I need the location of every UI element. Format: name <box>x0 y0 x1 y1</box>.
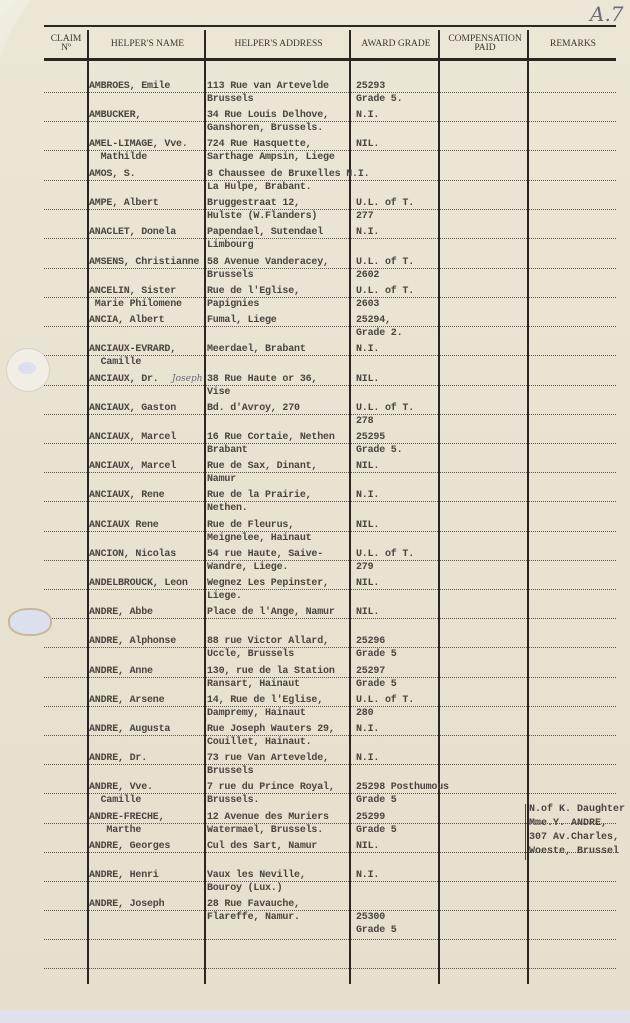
row-rule <box>44 92 87 93</box>
row-rule <box>44 501 87 502</box>
award-grade-cell: 25297 Grade 5 <box>356 665 397 691</box>
row-rule <box>440 414 527 415</box>
row-rule <box>529 297 616 298</box>
helper-address-cell: 58 Avenue Vanderacey, Brussels <box>207 256 329 282</box>
row-rule <box>529 647 616 648</box>
helper-address-cell: Wegnez Les Pepinster, Liege. <box>207 577 329 603</box>
row-rule <box>440 852 527 853</box>
helper-address-cell: Bruggestraat 12, Hulste (W.Flanders) <box>207 197 317 223</box>
row-rule <box>529 706 616 707</box>
helper-address-cell: Vaux les Neville, Bouroy (Lux.) <box>207 869 306 895</box>
row-rule <box>529 326 616 327</box>
award-grade-cell: 25293 Grade 5. <box>356 80 402 106</box>
award-grade-cell: 25295 Grade 5. <box>356 431 402 457</box>
award-grade-cell: N.I. <box>356 226 379 239</box>
row-rule <box>529 501 616 502</box>
award-grade-cell: NIL. <box>356 519 379 532</box>
row-rule <box>529 531 616 532</box>
row-rule <box>529 764 616 765</box>
row-rule <box>44 209 87 210</box>
award-grade-cell: 25299 Grade 5 <box>356 811 397 837</box>
award-grade-cell: N.I. <box>356 489 379 502</box>
row-rule <box>440 121 527 122</box>
helper-name-cell: ANCIAUX, Marcel <box>89 431 176 444</box>
row-rule <box>440 501 527 502</box>
row-rule <box>440 385 527 386</box>
award-grade-cell: 25298 Posthumous Grade 5 <box>356 781 449 807</box>
row-rule <box>440 735 527 736</box>
row-rule <box>44 297 87 298</box>
row-rule <box>440 647 527 648</box>
row-rule <box>351 968 438 969</box>
row-rule <box>44 472 87 473</box>
award-grade-cell: U.L. of T. 2603 <box>356 285 414 311</box>
handwritten-annotation: Joseph <box>172 374 203 384</box>
row-rule <box>440 618 527 619</box>
helper-name-cell: ANCIAUX, Gaston <box>89 402 176 415</box>
row-rule <box>440 910 527 911</box>
award-grade-cell: N.I. <box>356 723 379 736</box>
award-grade-cell: 25296 Grade 5 <box>356 635 397 661</box>
helper-address-cell: Rue Joseph Wauters 29, Couillet, Hainaut… <box>207 723 335 749</box>
row-rule <box>440 180 527 181</box>
row-rule <box>440 764 527 765</box>
helper-name-cell: ANDRE, Vve. Camille <box>89 781 153 807</box>
helper-name-cell: ANCIAUX Rene <box>89 519 159 532</box>
row-rule <box>44 910 87 911</box>
col-header-claim-no: CLAIM Nº <box>44 30 88 58</box>
header-bottom-rule <box>44 58 616 61</box>
row-rule <box>44 326 87 327</box>
row-rule <box>440 297 527 298</box>
award-grade-cell: 25300 Grade 5 <box>356 898 397 937</box>
award-grade-cell: NIL. <box>356 606 379 619</box>
helper-address-cell: 130, rue de la Station Ransart, Hainaut <box>207 665 335 691</box>
helper-address-cell: Rue de la Prairie, Nethen. <box>207 489 311 515</box>
row-rule <box>44 968 87 969</box>
row-rule <box>529 560 616 561</box>
helper-name-cell: AMOS, S. <box>89 168 135 181</box>
award-grade-cell: 25294, Grade 2. <box>356 314 402 340</box>
row-rule <box>44 560 87 561</box>
row-rule <box>440 238 527 239</box>
row-rule <box>440 531 527 532</box>
row-rule <box>440 472 527 473</box>
row-rule <box>440 881 527 882</box>
helper-address-cell: 724 Rue Hasquette, Sarthage Ampsin, Lieg… <box>207 138 335 164</box>
row-rule <box>440 939 527 940</box>
row-rule <box>206 939 349 940</box>
helper-name-cell: ANDRE, Anne <box>89 665 153 678</box>
row-rule <box>440 326 527 327</box>
helper-name-cell: ANCIA, Albert <box>89 314 164 327</box>
helper-address-cell: Meerdael, Brabant <box>207 343 306 356</box>
row-rule <box>44 735 87 736</box>
row-rule <box>44 443 87 444</box>
punch-hole <box>18 362 36 374</box>
row-rule <box>440 968 527 969</box>
helper-address-cell: 7 rue du Prince Royal, Brussels. <box>207 781 335 807</box>
row-rule <box>529 180 616 181</box>
row-rule <box>44 823 87 824</box>
helper-address-cell: 113 Rue van Artevelde Brussels <box>207 80 329 106</box>
helper-address-cell: Place de l'Ange, Namur <box>207 606 335 619</box>
row-rule <box>529 209 616 210</box>
page-mark: A.7 <box>590 2 624 26</box>
helper-name-cell: ANDELBROUCK, Leon <box>89 577 188 590</box>
column-divider <box>438 30 440 984</box>
helper-name-cell: ANDRE, Joseph <box>89 898 164 911</box>
row-rule <box>529 443 616 444</box>
row-rule <box>529 589 616 590</box>
helper-address-cell: Papendael, Sutendael Limbourg <box>207 226 323 252</box>
row-rule <box>529 355 616 356</box>
helper-name-cell: ANDRE, Abbe <box>89 606 153 619</box>
helper-address-cell: Rue de l'Eglise, Papignies <box>207 285 300 311</box>
row-rule <box>44 764 87 765</box>
row-rule <box>529 385 616 386</box>
row-rule <box>440 706 527 707</box>
row-rule <box>351 939 438 940</box>
row-rule <box>529 150 616 151</box>
row-rule <box>44 414 87 415</box>
col-header-helper-address: HELPER'S ADDRESS <box>207 30 350 58</box>
helper-address-cell: 54 rue Haute, Saive- Wandre, Liege. <box>207 548 323 574</box>
row-rule <box>44 793 87 794</box>
award-grade-cell: U.L. of T. 278 <box>356 402 414 428</box>
row-rule <box>89 968 204 969</box>
award-grade-cell: NIL. <box>356 460 379 473</box>
col-header-award-grade: AWARD GRADE <box>352 30 440 58</box>
helper-address-cell: 8 Chaussee de Bruxelles N.I. La Hulpe, B… <box>207 168 369 194</box>
award-grade-cell: NIL. <box>356 138 379 151</box>
award-grade-cell: N.I. <box>356 343 379 356</box>
row-rule <box>440 589 527 590</box>
row-rule <box>440 823 527 824</box>
helper-name-cell: AMPE, Albert <box>89 197 159 210</box>
row-rule <box>529 92 616 93</box>
col-header-compensation-paid: COMPENSATION PAID <box>442 30 528 58</box>
helper-address-cell: Fumal, Liege <box>207 314 277 327</box>
row-rule <box>529 472 616 473</box>
award-grade-cell: U.L. of T. 280 <box>356 694 414 720</box>
row-rule <box>529 414 616 415</box>
row-rule <box>89 939 204 940</box>
row-rule <box>440 150 527 151</box>
row-rule <box>44 589 87 590</box>
row-rule <box>529 910 616 911</box>
helper-address-cell: 12 Avenue des Muriers Watermael, Brussel… <box>207 811 329 837</box>
row-rule <box>44 706 87 707</box>
helper-name-cell: AMSENS, Christianne <box>89 256 199 269</box>
row-rule <box>44 238 87 239</box>
row-rule <box>440 355 527 356</box>
helper-name-cell: ANCIAUX-EVRARD, Camille <box>89 343 176 369</box>
helper-address-cell: Rue de Fleurus, Meignelee, Hainaut <box>207 519 311 545</box>
award-grade-cell: U.L. of T. 2602 <box>356 256 414 282</box>
row-rule <box>529 881 616 882</box>
row-rule <box>529 268 616 269</box>
helper-address-cell: Bd. d'Avroy, 270 <box>207 402 300 415</box>
row-rule <box>206 968 349 969</box>
row-rule <box>44 852 87 853</box>
helper-name-cell: ANDRE, Augusta <box>89 723 170 736</box>
row-rule <box>440 793 527 794</box>
award-grade-cell: N.I. <box>356 752 379 765</box>
row-rule <box>529 939 616 940</box>
row-rule <box>440 209 527 210</box>
helper-address-cell: Rue de Sax, Dinant, Namur <box>207 460 317 486</box>
row-rule <box>44 939 87 940</box>
row-rule <box>529 793 616 794</box>
helper-name-cell: ANCELIN, Sister Marie Philomene <box>89 285 182 311</box>
award-grade-cell: NIL. <box>356 373 379 386</box>
remarks-note: N.of K. Daughter Mme.Y. ANDRE, 307 Av.Ch… <box>529 803 625 859</box>
helper-name-cell: ANCIAUX, Rene <box>89 489 164 502</box>
row-rule <box>529 968 616 969</box>
award-grade-cell: U.L. of T. 277 <box>356 197 414 223</box>
row-rule <box>44 531 87 532</box>
header-top-rule <box>44 25 616 27</box>
helper-name-cell: ANCION, Nicolas <box>89 548 176 561</box>
helper-address-cell: 14, Rue de l'Eglise, Dampremy, Hainaut <box>207 694 323 720</box>
row-rule <box>440 677 527 678</box>
award-grade-cell: U.L. of T. 279 <box>356 548 414 574</box>
row-rule <box>44 647 87 648</box>
row-rule <box>440 92 527 93</box>
helper-name-cell: ANDRE, Georges <box>89 840 170 853</box>
award-grade-cell: NIL. <box>356 577 379 590</box>
row-rule <box>440 443 527 444</box>
helper-name-cell: AMEL-LIMAGE, Vve. Mathilde <box>89 138 188 164</box>
row-rule <box>44 150 87 151</box>
helper-address-cell: 34 Rue Louis Delhove, Ganshoren, Brussel… <box>207 109 329 135</box>
award-grade-cell: NIL. <box>356 840 379 853</box>
helper-address-cell: 73 rue Van Artevelde, Brussels <box>207 752 329 778</box>
helper-name-cell: ANDRE, Dr. <box>89 752 147 765</box>
award-grade-cell: N.I. <box>356 869 379 882</box>
row-rule <box>44 677 87 678</box>
helper-name-cell: ANACLET, Donela <box>89 226 176 239</box>
row-rule <box>440 268 527 269</box>
helper-name-cell: ANDRE, Henri <box>89 869 159 882</box>
row-rule <box>44 355 87 356</box>
helper-name-cell: AMBUCKER, <box>89 109 141 122</box>
row-rule <box>529 238 616 239</box>
row-rule <box>529 735 616 736</box>
col-header-helper-name: HELPER'S NAME <box>90 30 205 58</box>
row-rule <box>44 121 87 122</box>
helper-address-cell: 28 Rue Favauche, Flareffe, Namur. <box>207 898 300 924</box>
helper-name-cell: ANCIAUX, Marcel <box>89 460 176 473</box>
row-rule <box>44 180 87 181</box>
row-rule <box>529 677 616 678</box>
helper-address-cell: 88 rue Victor Allard, Uccle, Brussels <box>207 635 329 661</box>
helper-name-cell: ANCIAUX, Dr. <box>89 373 159 386</box>
helper-address-cell: 38 Rue Haute or 36, Vise <box>207 373 317 399</box>
row-rule <box>44 385 87 386</box>
row-rule <box>44 268 87 269</box>
helper-name-cell: AMBROES, Emile <box>89 80 170 93</box>
row-rule <box>44 881 87 882</box>
helper-address-cell: Cul des Sart, Namur <box>207 840 317 853</box>
column-divider <box>204 30 206 984</box>
torn-punch-hole <box>8 608 52 636</box>
row-rule <box>529 618 616 619</box>
helper-name-cell: ANDRE, Arsene <box>89 694 164 707</box>
helper-address-cell: 16 Rue Cortaie, Nethen Brabant <box>207 431 335 457</box>
row-rule <box>529 121 616 122</box>
helper-name-cell: ANDRE, Alphonse <box>89 635 176 648</box>
helper-name-cell: ANDRE-FRECHE, Marthe <box>89 811 164 837</box>
col-header-remarks: REMARKS <box>530 30 616 58</box>
row-rule <box>440 560 527 561</box>
award-grade-cell: N.I. <box>356 109 379 122</box>
